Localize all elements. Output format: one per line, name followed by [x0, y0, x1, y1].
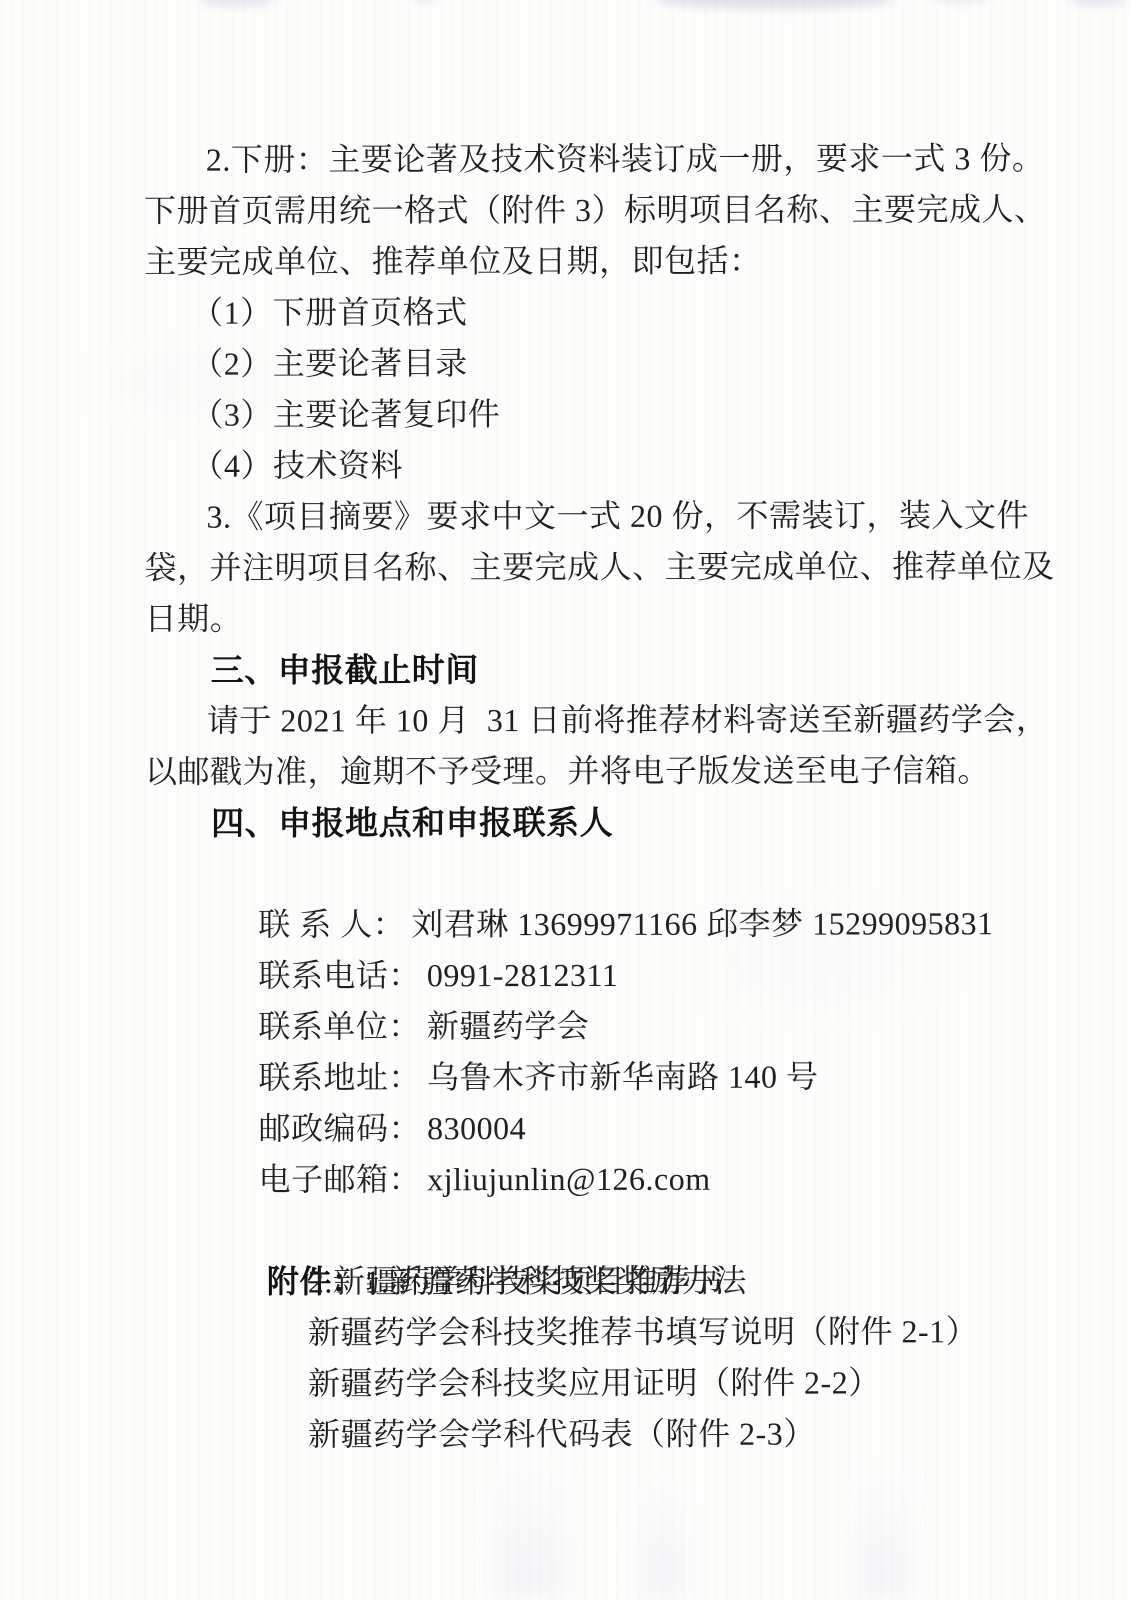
paragraph-line: 3.《项目摘要》要求中文一式 20 份，不需装订，装入文件 [144, 490, 1004, 543]
contact-label: 电子邮箱： [259, 1161, 422, 1197]
attachment-item: 新疆药学会科技奖推荐书填写说明（附件 2-1） [146, 1306, 1006, 1359]
scan-artifact-smudge [655, 0, 895, 9]
scan-artifact-streak [495, 1455, 565, 1600]
scan-artifact-smudge [930, 0, 990, 4]
section-heading-contacts: 四、申报地点和申报联系人 [145, 796, 1005, 849]
list-item: （4）技术资料 [144, 439, 1004, 492]
contact-label: 联 系 人： [258, 906, 405, 942]
contact-label: 邮政编码： [259, 1110, 422, 1146]
contact-label: 联系地址： [258, 1059, 421, 1095]
paragraph-line: 2.下册：主要论著及技术资料装订成一册，要求一式 3 份。 [144, 133, 1004, 186]
scan-artifact-streak [640, 1470, 685, 1600]
document-body: 2.下册：主要论著及技术资料装订成一册，要求一式 3 份。 下册首页需用统一格式… [144, 133, 1006, 1460]
scan-artifact-smudge [198, 0, 276, 7]
list-item: （3）主要论著复印件 [144, 388, 1004, 441]
contact-value: 刘君琳 13699971166 邱李梦 15299095831 [405, 905, 993, 942]
contact-label: 联系单位： [258, 1008, 421, 1044]
attachments-line: 附件：1.新疆药学科技奖奖励办法 [146, 1204, 1006, 1257]
scan-artifact-smudge [1068, 0, 1128, 6]
list-item: （2）主要论著目录 [144, 337, 1004, 390]
scan-artifact-smudge [413, 0, 435, 4]
contact-value: 乌鲁木齐市新华南路 140 号 [421, 1059, 819, 1096]
contact-value: 0991-2812311 [421, 957, 619, 993]
section-heading-deadline: 三、申报截止时间 [145, 643, 1005, 696]
paragraph-line: 袋，并注明项目名称、主要完成人、主要完成单位、推荐单位及 [145, 541, 1005, 594]
attachment-item: 新疆药学会学科代码表（附件 2-3） [146, 1408, 1006, 1461]
scan-artifact-streak [855, 1465, 910, 1600]
list-item: （1）下册首页格式 [144, 286, 1004, 339]
paragraph-line: 请于 2021 年 10 月 31 日前将推荐材料寄送至新疆药学会， [145, 694, 1005, 747]
contact-value: 830004 [421, 1110, 526, 1146]
paragraph-line: 主要完成单位、推荐单位及日期，即包括： [144, 235, 1004, 288]
contact-value: xjliujunlin@126.com [421, 1161, 710, 1198]
contact-value: 新疆药学会 [421, 1008, 590, 1044]
contact-row-person: 联 系 人：刘君琳 13699971166 邱李梦 15299095831 [145, 847, 1005, 900]
paragraph-line: 日期。 [145, 592, 1005, 645]
scanned-document-page: 2.下册：主要论著及技术资料装订成一册，要求一式 3 份。 下册首页需用统一格式… [0, 0, 1130, 1600]
paragraph-line: 下册首页需用统一格式（附件 3）标明项目名称、主要完成人、 [144, 184, 1004, 237]
attachment-item: 新疆药学会科技奖应用证明（附件 2-2） [146, 1357, 1006, 1410]
paragraph-line: 以邮戳为准，逾期不予受理。并将电子版发送至电子信箱。 [145, 745, 1005, 798]
contact-label: 联系电话： [258, 957, 421, 993]
